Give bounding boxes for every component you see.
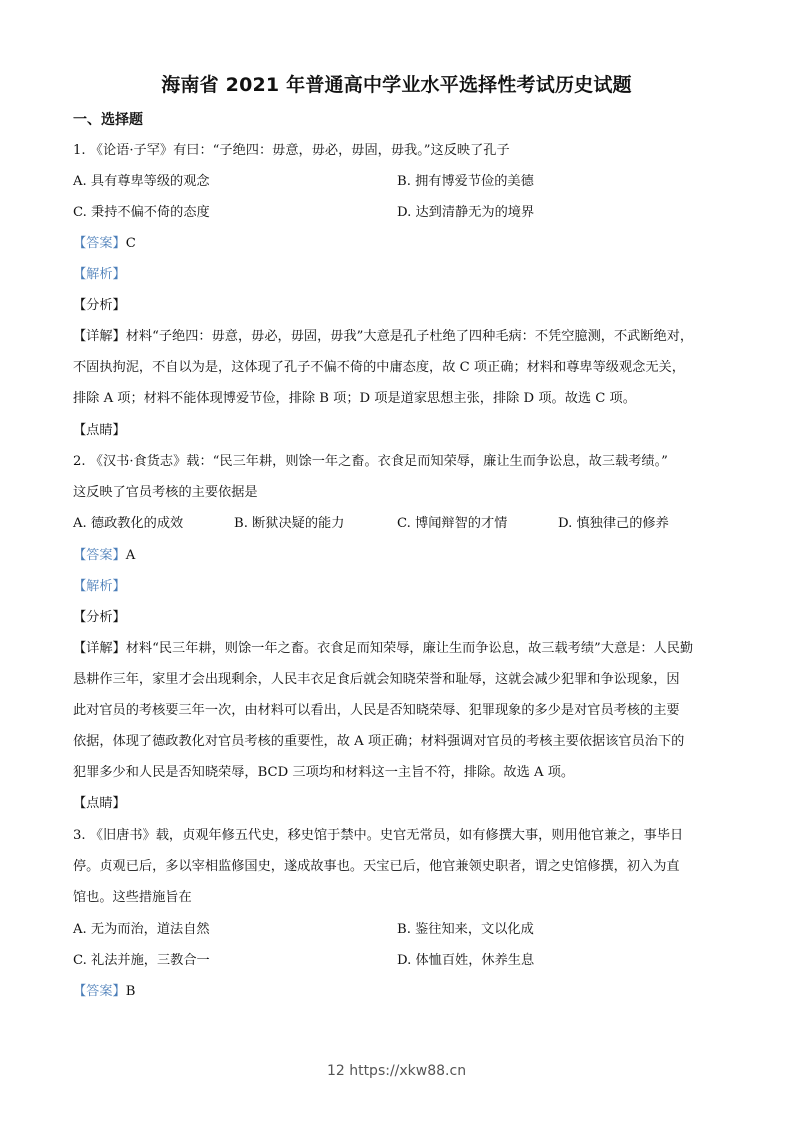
q2-option-b: B. 断狱决疑的能力	[234, 516, 344, 532]
q1-option-a: A. 具有尊卑等级的观念	[73, 174, 210, 190]
answer-value: C	[126, 236, 136, 251]
q2-answer: 【答案】A	[73, 548, 135, 564]
q2-detail-line-1: 【详解】材料“民三年耕，则馀一年之畜。衣食足而知荣辱，廉让生而争讼息，故三载考绩…	[73, 641, 693, 657]
q1-option-c: C. 秉持不偏不倚的态度	[73, 205, 210, 221]
q2-option-d: D. 慎独律己的修养	[558, 516, 669, 532]
answer-label: 【答案】	[73, 236, 126, 251]
q3-option-d: D. 体恤百姓，休养生息	[397, 953, 534, 969]
q2-analysis-label: 【解析】	[73, 579, 126, 595]
page-footer: 12 https://xkw88.cn	[0, 1063, 793, 1079]
q1-option-b: B. 拥有博爱节俭的美德	[397, 174, 534, 190]
q2-breakdown-label: 【分析】	[73, 610, 126, 626]
q3-stem-line-3: 馆也。这些措施旨在	[73, 890, 192, 906]
q1-detail-line-2: 不固执拘泥，不自以为是，这体现了孔子不偏不倚的中庸态度，故 C 项正确；材料和尊…	[73, 360, 685, 376]
q3-stem-line-2: 停。贞观已后，多以宰相监修国史，遂成故事也。天宝已后，他官兼领史职者，谓之史馆修…	[73, 859, 680, 875]
q1-stem: 1. 《论语·子罕》有曰：“子绝四：毋意，毋必，毋固，毋我。”这反映了孔子	[73, 143, 510, 159]
detail-label: 【详解】	[73, 641, 126, 656]
q1-option-d: D. 达到清静无为的境界	[397, 205, 534, 221]
q1-answer: 【答案】C	[73, 236, 136, 252]
detail-label: 【详解】	[73, 329, 126, 344]
q2-detail-line-5: 犯罪多少和人民是否知晓荣辱，BCD 三项均和材料这一主旨不符，排除。故选 A 项…	[73, 765, 574, 781]
q3-option-a: A. 无为而治，道法自然	[73, 922, 210, 938]
document-page: 海南省 2021 年普通高中学业水平选择性考试历史试题 一、选择题 1. 《论语…	[0, 0, 793, 1122]
q1-detail-line-3: 排除 A 项；材料不能体现博爱节俭，排除 B 项；D 项是道家思想主张，排除 D…	[73, 391, 636, 407]
answer-value: A	[126, 548, 136, 563]
q3-option-c: C. 礼法并施，三教合一	[73, 953, 210, 969]
page-title: 海南省 2021 年普通高中学业水平选择性考试历史试题	[0, 70, 793, 97]
q2-detail-line-4: 依据，体现了德政教化对官员考核的重要性，故 A 项正确；材料强调对官员的考核主要…	[73, 734, 684, 750]
section-heading: 一、选择题	[73, 112, 143, 128]
q2-stem-line-1: 2. 《汉书·食货志》载：“民三年耕，则馀一年之畜。衣食足而知荣辱，廉让生而争讼…	[73, 454, 668, 470]
q1-detail-line-1: 【详解】材料“子绝四：毋意，毋必，毋固，毋我”大意是孔子杜绝了四种毛病：不凭空臆…	[73, 329, 693, 345]
q3-option-b: B. 鉴往知来，文以化成	[397, 922, 534, 938]
q2-detail-line-3: 此对官员的考核要三年一次，由材料可以看出，人民是否知晓荣辱、犯罪现象的多少是对官…	[73, 703, 680, 719]
q2-comment-label: 【点睛】	[73, 796, 126, 812]
answer-value: B	[126, 984, 136, 999]
q2-detail-line-2: 恳耕作三年，家里才会出现剩余，人民丰衣足食后就会知晓荣誉和耻辱，这就会减少犯罪和…	[73, 672, 680, 688]
q1-breakdown-label: 【分析】	[73, 298, 126, 314]
q2-stem-line-2: 这反映了官员考核的主要依据是	[73, 485, 258, 501]
answer-label: 【答案】	[73, 548, 126, 563]
q2-option-c: C. 博闻辩智的才情	[397, 516, 507, 532]
answer-label: 【答案】	[73, 984, 126, 999]
q3-answer: 【答案】B	[73, 984, 135, 1000]
q1-comment-label: 【点睛】	[73, 423, 126, 439]
q1-analysis-label: 【解析】	[73, 267, 126, 283]
q2-option-a: A. 德政教化的成效	[73, 516, 183, 532]
q3-stem-line-1: 3. 《旧唐书》载，贞观年修五代史，移史馆于禁中。史官无常员，如有修撰大事，则用…	[73, 828, 683, 844]
